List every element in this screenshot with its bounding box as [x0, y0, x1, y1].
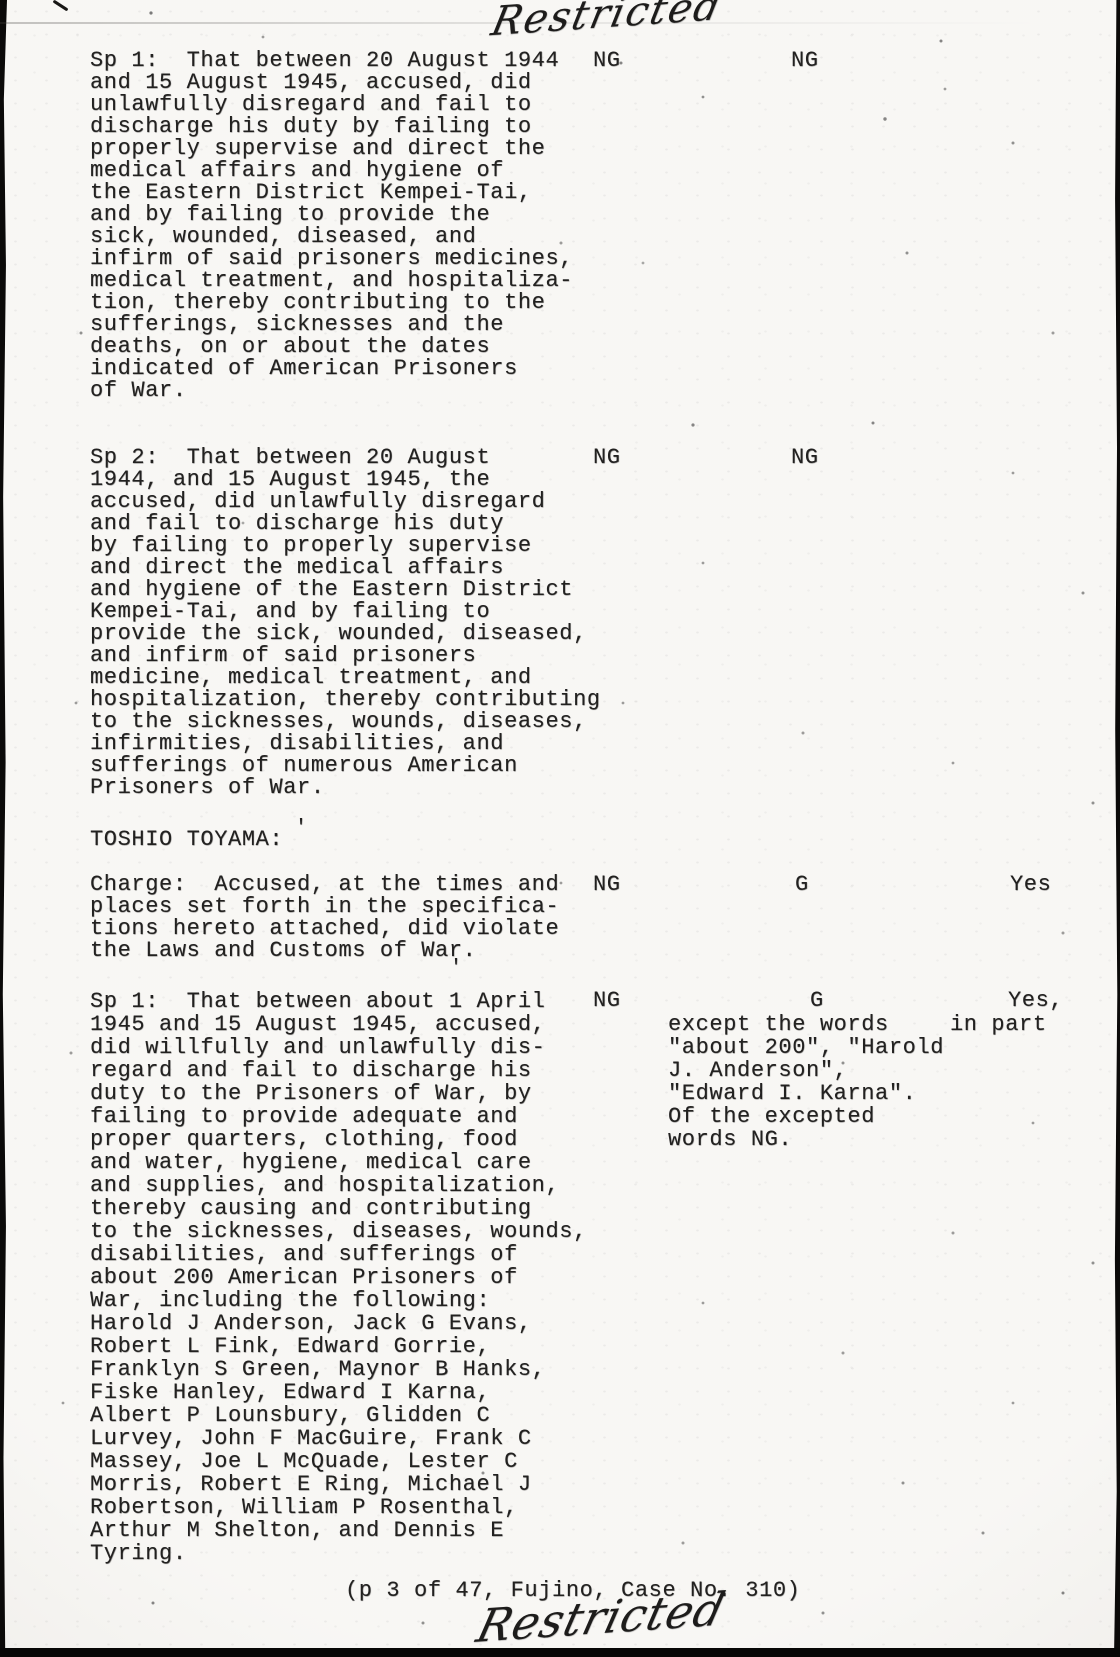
- stray-ink-mark: ': [450, 958, 463, 980]
- scan-specks: [0, 0, 2, 2]
- scan-edge-left: [0, 0, 7, 1657]
- accused-name-heading: TOSHIO TOYAMA:: [90, 829, 283, 851]
- scan-edge-right: [1114, 0, 1120, 1657]
- finding-col2: G: [810, 990, 824, 1012]
- restricted-stamp-top: Restricted: [487, 0, 726, 45]
- finding-col2: G: [795, 874, 809, 896]
- scan-edge-bottom-bar: [0, 1648, 1120, 1657]
- finding-col2: NG: [791, 50, 819, 72]
- finding-col1: NG: [593, 50, 621, 72]
- stray-ink-mark: ': [295, 818, 308, 840]
- finding-exception-notes: except the words "about 200", "Harold J.…: [668, 1013, 944, 1151]
- scanned-document-page: Restricted Sp 1: That between 20 August …: [0, 0, 1120, 1657]
- finding-qualifier: in part: [950, 1013, 1047, 1036]
- spec-body: Charge: Accused, at the times and places…: [90, 874, 559, 962]
- finding-col1: NG: [593, 874, 621, 896]
- finding-col1: NG: [593, 990, 621, 1012]
- finding-col3: Yes: [1010, 874, 1051, 896]
- spec-body: Sp 2: That between 20 August 1944, and 1…: [90, 447, 601, 799]
- finding-col2: NG: [791, 447, 819, 469]
- pen-tick-mark: [53, 0, 69, 11]
- spec-body: Sp 1: That between 20 August 1944 and 15…: [90, 50, 573, 402]
- finding-col1: NG: [593, 447, 621, 469]
- finding-col3: Yes,: [1008, 990, 1063, 1012]
- spec-body: Sp 1: That between about 1 April 1945 an…: [90, 990, 587, 1565]
